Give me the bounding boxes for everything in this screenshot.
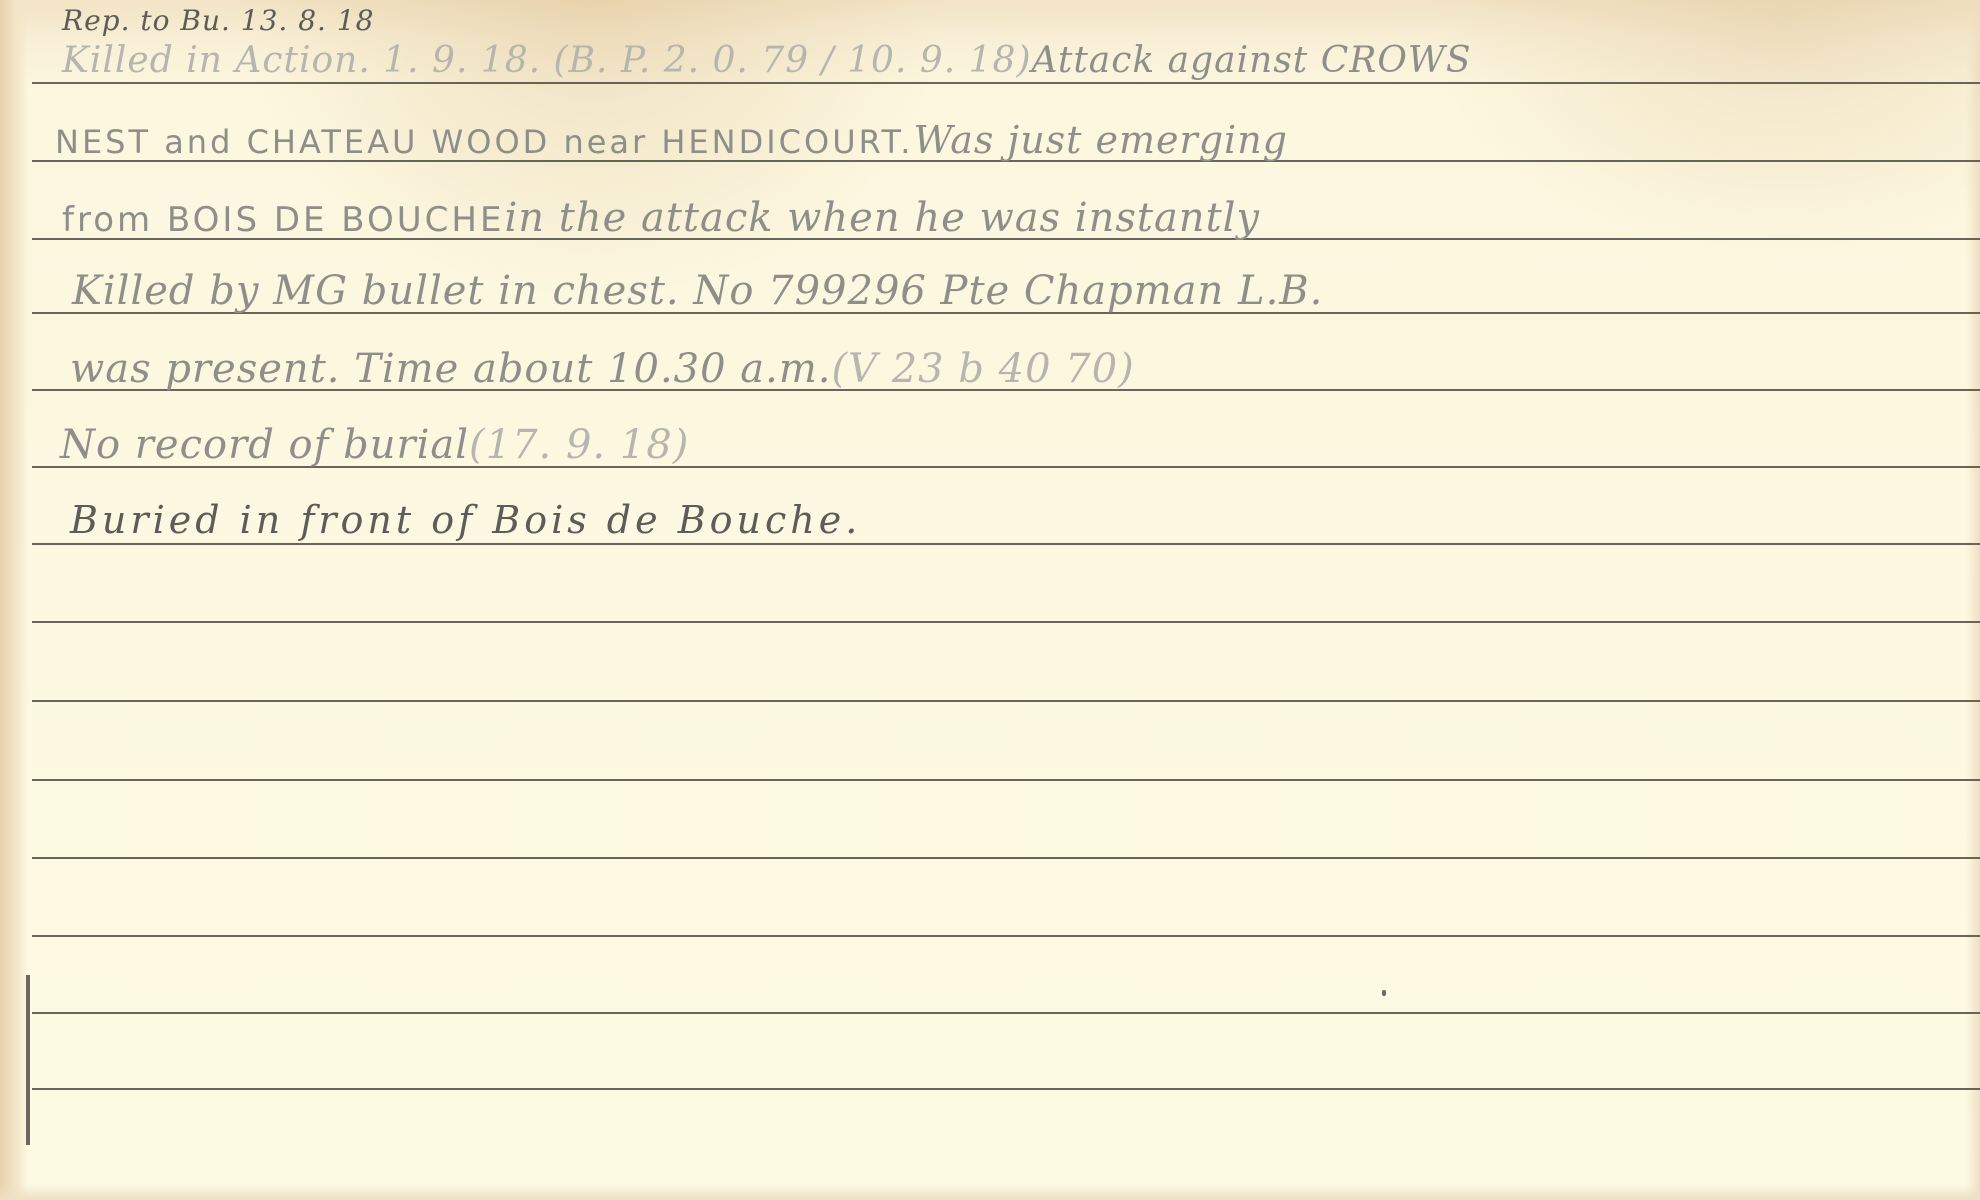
killed-in-action-line: Killed in Action. 1. 9. 18. (B. P. 2. 0.… xyxy=(62,40,1472,81)
burial-date-text: (17. 9. 18) xyxy=(469,422,689,468)
emerging-text: Was just emerging xyxy=(913,118,1288,162)
ruled-line xyxy=(32,621,1980,623)
card-bottom-edge xyxy=(0,1184,1980,1200)
killed-in-action-text: Killed in Action. 1. 9. 18. (B. P. 2. 0.… xyxy=(62,40,1031,81)
location-line: NEST and CHATEAU WOOD near HENDICOURT. W… xyxy=(55,118,1288,162)
index-card: Rep. to Bu. 13. 8. 18 Killed in Action. … xyxy=(0,0,1980,1200)
card-right-edge xyxy=(1966,0,1980,1200)
killed-by-line: Killed by MG bullet in chest. No 799296 … xyxy=(72,268,1323,314)
attack-text: Attack against CROWS xyxy=(1031,40,1471,81)
attack-instantly-text: in the attack when he was instantly xyxy=(504,195,1260,241)
buried-line: Buried in front of Bois de Bouche. xyxy=(70,498,861,542)
ruled-line xyxy=(32,1088,1980,1090)
report-date-text: Rep. to Bu. 13. 8. 18 xyxy=(62,4,374,37)
witness-line: was present. Time about 10.30 a.m. (V 23… xyxy=(70,346,1135,392)
bois-de-bouche-line: from BOIS DE BOUCHE in the attack when h… xyxy=(62,195,1260,241)
ruled-line xyxy=(32,857,1980,859)
card-left-edge xyxy=(0,0,28,1200)
bois-de-bouche-text: from BOIS DE BOUCHE xyxy=(62,200,504,240)
map-reference-text: (V 23 b 40 70) xyxy=(832,346,1135,392)
witness-time-text: was present. Time about 10.30 a.m. xyxy=(70,346,832,392)
ruled-line xyxy=(32,700,1980,702)
report-line: Rep. to Bu. 13. 8. 18 xyxy=(62,4,374,37)
ink-spot xyxy=(1382,990,1386,996)
location-text: NEST and CHATEAU WOOD near HENDICOURT. xyxy=(55,123,913,161)
card-edge-mark xyxy=(26,975,30,1145)
no-burial-record-text: No record of burial xyxy=(60,422,469,468)
burial-record-line: No record of burial (17. 9. 18) xyxy=(60,422,689,468)
killed-by-text: Killed by MG bullet in chest. No 799296 … xyxy=(72,268,1323,314)
ruled-line xyxy=(32,935,1980,937)
ruled-line xyxy=(32,543,1980,545)
ruled-line xyxy=(32,779,1980,781)
ruled-line xyxy=(32,82,1980,84)
ruled-line xyxy=(32,1012,1980,1014)
buried-text: Buried in front of Bois de Bouche. xyxy=(70,498,861,542)
